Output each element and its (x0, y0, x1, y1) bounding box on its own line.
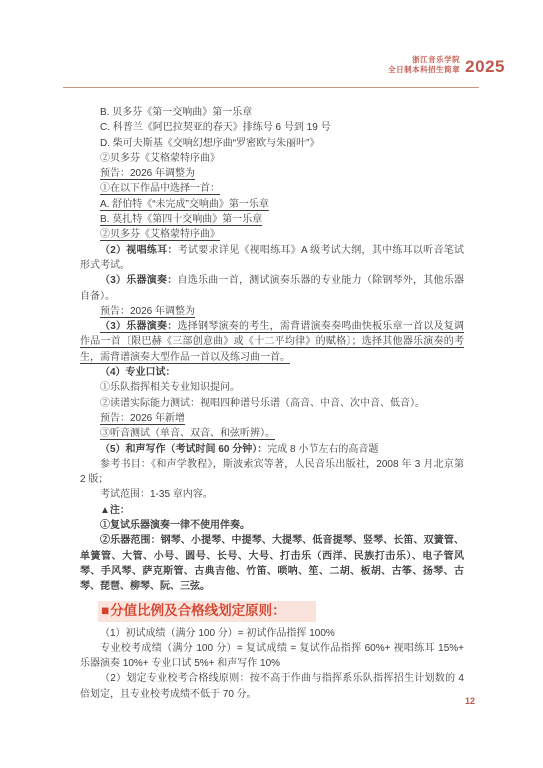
paragraph: ▲注： (80, 503, 464, 518)
paragraph: （2）视唱练耳：考试要求详见《视唱练耳》A 级考试大纲，其中练耳以听音笔试形式考… (80, 243, 464, 274)
paragraph: ①在以下作品中选择一首： (80, 181, 464, 196)
paragraph: 预告：2026 年调整为 (80, 304, 464, 319)
document-page: 浙江音乐学院 全日制本科招生简章 2025 B. 贝多芬《第一交响曲》第一乐章C… (0, 0, 543, 768)
paragraph-lead: （5）和声写作（考试时间 60 分钟）： (100, 444, 267, 455)
section-heading: ■分值比例及合格线划定原则： (98, 601, 316, 622)
paragraph-lead: （4）专业口试： (100, 367, 176, 378)
masthead-text: 浙江音乐学院 全日制本科招生简章 (388, 55, 460, 74)
paragraph: ①乐队指挥相关专业知识提问。 (80, 380, 464, 395)
paragraph: （2）划定专业校考合格线原则：按不高于作曲与指挥系乐队指挥招生计划数的 4 倍划… (80, 671, 464, 702)
paragraph: （4）专业口试： (80, 365, 464, 380)
paragraph: （5）和声写作（考试时间 60 分钟）：完成 8 小节左右的高音题 (80, 442, 464, 457)
paragraph: 专业校考成绩（满分 100 分）= 复试成绩 = 复试作品指挥 60%+ 视唱练… (80, 641, 464, 672)
institution-name: 浙江音乐学院 (388, 55, 460, 65)
paragraph: B. 贝多芬《第一交响曲》第一乐章 (80, 105, 464, 120)
paragraph-lead: （3）乐器演奏： (100, 321, 178, 332)
paragraph: （1）初试成绩（满分 100 分）= 初试作品指挥 100% (80, 626, 464, 641)
paragraph-lead: （2）视唱练耳： (100, 245, 178, 256)
paragraph: （3）乐器演奏：自选乐曲一首，测试演奏乐器的专业能力（除钢琴外，其他乐器自备）。 (80, 273, 464, 304)
square-bullet-icon: ■ (101, 603, 109, 618)
page-number: 12 (465, 696, 475, 706)
paragraph: A. 舒伯特《“未完成”交响曲》第一乐章 (80, 197, 464, 212)
brochure-title: 全日制本科招生简章 (388, 65, 460, 75)
masthead: 浙江音乐学院 全日制本科招生简章 2025 (388, 55, 505, 74)
paragraph: ②读谱实际能力测试：视唱四种谱号乐谱（高音、中音、次中音、低音）。 (80, 396, 464, 411)
paragraph: ①复试乐器演奏一律不使用伴奏。 (80, 518, 464, 533)
paragraph: D. 柴可夫斯基《交响幻想序曲“罗密欧与朱丽叶”》 (80, 136, 464, 151)
paragraph: 预告：2026 年新增 (80, 411, 464, 426)
paragraph: ②贝多芬《艾格蒙特序曲》 (80, 227, 464, 242)
section-heading-label: 分值比例及合格线划定原则： (110, 603, 286, 618)
paragraph: B. 莫扎特《第四十交响曲》第一乐章 (80, 212, 464, 227)
paragraph: ②乐器范围：钢琴、小提琴、中提琴、大提琴、低音提琴、竖琴、长笛、双簧管、单簧管、… (80, 533, 464, 594)
paragraph: ③听音测试（单音、双音、和弦听辨）。 (80, 426, 464, 441)
paragraph: 预告：2026 年调整为 (80, 166, 464, 181)
paragraph: 参考书目：《和声学教程》，斯波索宾等著，人民音乐出版社，2008 年 3 月北京… (80, 457, 464, 488)
paragraph-lead: （3）乐器演奏： (100, 275, 178, 286)
paragraph: 考试范围：1-35 章内容。 (80, 487, 464, 502)
paragraph: C. 科普兰《阿巴拉契亚的春天》排练号 6 号到 19 号 (80, 120, 464, 135)
document-body: B. 贝多芬《第一交响曲》第一乐章C. 科普兰《阿巴拉契亚的春天》排练号 6 号… (80, 105, 464, 702)
year-label: 2025 (465, 59, 505, 74)
paragraph: ②贝多芬《艾格蒙特序曲》 (80, 151, 464, 166)
paragraph: （3）乐器演奏：选择钢琴演奏的考生，需背谱演奏奏鸣曲快板乐章一首以及复调作品一首… (80, 319, 464, 365)
header-divider (63, 87, 479, 88)
